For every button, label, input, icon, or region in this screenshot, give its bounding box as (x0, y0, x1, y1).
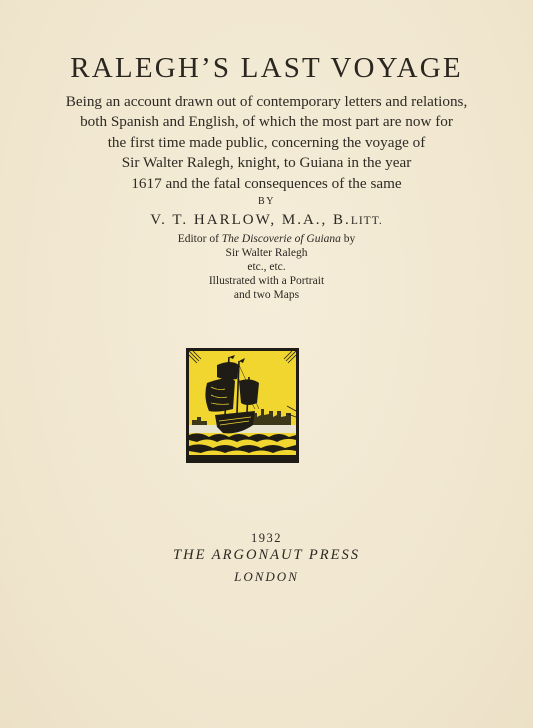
subtitle-line: 1617 and the fatal consequences of the s… (0, 174, 533, 194)
publisher-name: THE ARGONAUT PRESS (0, 547, 533, 564)
subtitle-line: Sir Walter Ralegh, knight, to Guiana in … (0, 153, 533, 173)
editor-work-title: The Discoverie of Guiana (222, 233, 341, 245)
author-name: V. T. HARLOW, M.A., B. (150, 212, 351, 228)
editor-prefix: Editor of (178, 233, 222, 245)
illustrations-note: Illustrated with a Portrait and two Maps (0, 274, 533, 302)
book-title: RALEGH’S LAST VOYAGE (0, 52, 533, 85)
title-page: RALEGH’S LAST VOYAGE Being an account dr… (0, 0, 533, 728)
publication-city: LONDON (0, 569, 533, 585)
author-degree: LITT. (351, 215, 383, 227)
subtitle-line: both Spanish and English, of which the m… (0, 112, 533, 132)
illustrations-line-2: and two Maps (0, 288, 533, 302)
galleon-icon (189, 351, 296, 460)
editor-suffix: by (341, 233, 355, 245)
subtitle-line: Being an account drawn out of contempora… (0, 92, 533, 112)
editor-note: Editor of The Discoverie of Guiana by Si… (0, 232, 533, 275)
by-label: BY (0, 196, 533, 207)
editor-line-3: etc., etc. (0, 260, 533, 274)
editor-line-2: Sir Walter Ralegh (0, 246, 533, 260)
subtitle-block: Being an account drawn out of contempora… (0, 92, 533, 194)
subtitle-line: the first time made public, concerning t… (0, 133, 533, 153)
illustrations-line-1: Illustrated with a Portrait (0, 274, 533, 288)
author-line: V. T. HARLOW, M.A., B.LITT. (0, 212, 533, 229)
ship-vignette (186, 348, 299, 463)
publication-year: 1932 (0, 531, 533, 546)
